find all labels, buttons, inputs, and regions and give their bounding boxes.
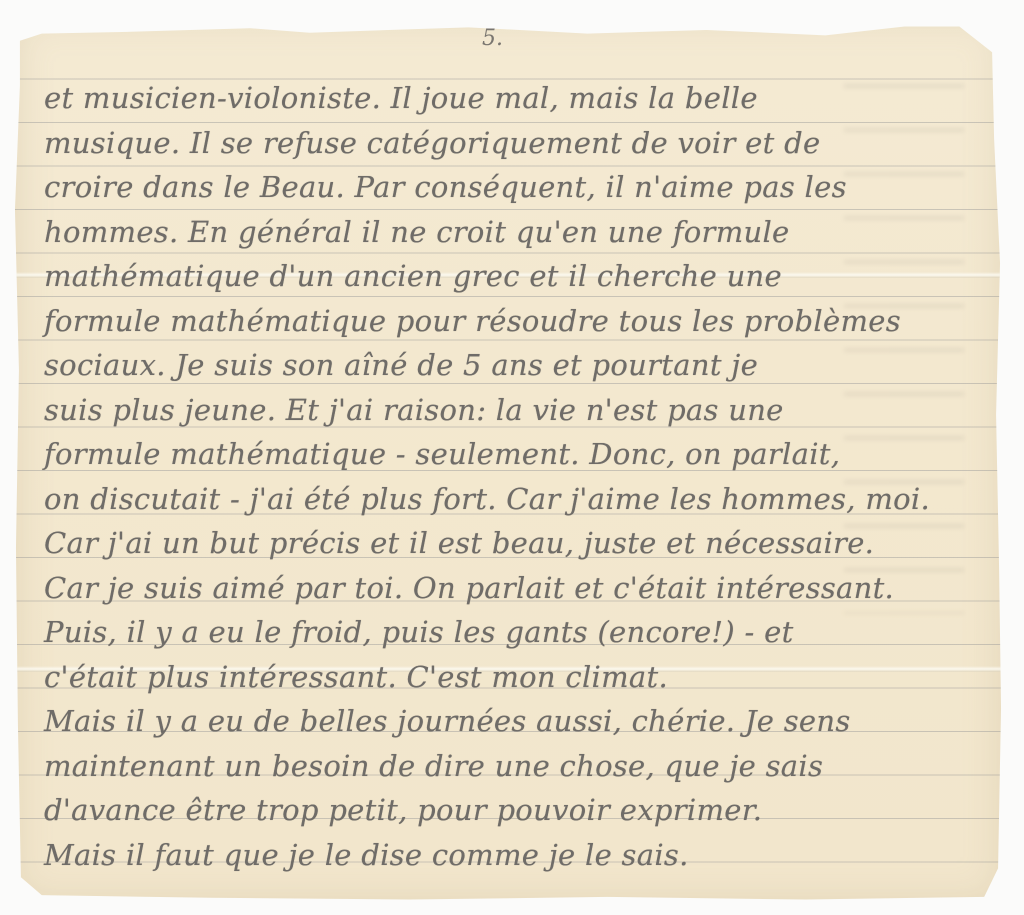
text-line: suis plus jeune. Et j'ai raison: la vie … xyxy=(44,388,984,433)
text-line: formule mathématique - seulement. Donc, … xyxy=(44,432,984,477)
scanned-letter: 5. et musicien-violoniste. Il joue mal, … xyxy=(0,0,1024,915)
text-line: on discutait - j'ai été plus fort. Car j… xyxy=(44,477,984,522)
text-line: Car j'ai un but précis et il est beau, j… xyxy=(44,521,984,566)
text-line: d'avance être trop petit, pour pouvoir e… xyxy=(44,788,984,833)
text-line: Mais il faut que je le dise comme je le … xyxy=(44,833,984,878)
text-line: et musicien-violoniste. Il joue mal, mai… xyxy=(44,76,984,121)
text-line: Puis, il y a eu le froid, puis les gants… xyxy=(44,610,984,655)
text-line: hommes. En général il ne croit qu'en une… xyxy=(44,210,984,255)
text-line: musique. Il se refuse catégoriquement de… xyxy=(44,121,984,166)
page-number: 5. xyxy=(482,26,503,51)
text-line: Car je suis aimé par toi. On parlait et … xyxy=(44,566,984,611)
text-line: mathématique d'un ancien grec et il cher… xyxy=(44,254,984,299)
text-line: c'était plus intéressant. C'est mon clim… xyxy=(44,655,984,700)
text-line: sociaux. Je suis son aîné de 5 ans et po… xyxy=(44,343,984,388)
text-line: croire dans le Beau. Par conséquent, il … xyxy=(44,165,984,210)
text-line: maintenant un besoin de dire une chose, … xyxy=(44,744,984,789)
handwritten-text: et musicien-violoniste. Il joue mal, mai… xyxy=(44,76,984,877)
text-line: Mais il y a eu de belles journées aussi,… xyxy=(44,699,984,744)
text-line: formule mathématique pour résoudre tous … xyxy=(44,299,984,344)
